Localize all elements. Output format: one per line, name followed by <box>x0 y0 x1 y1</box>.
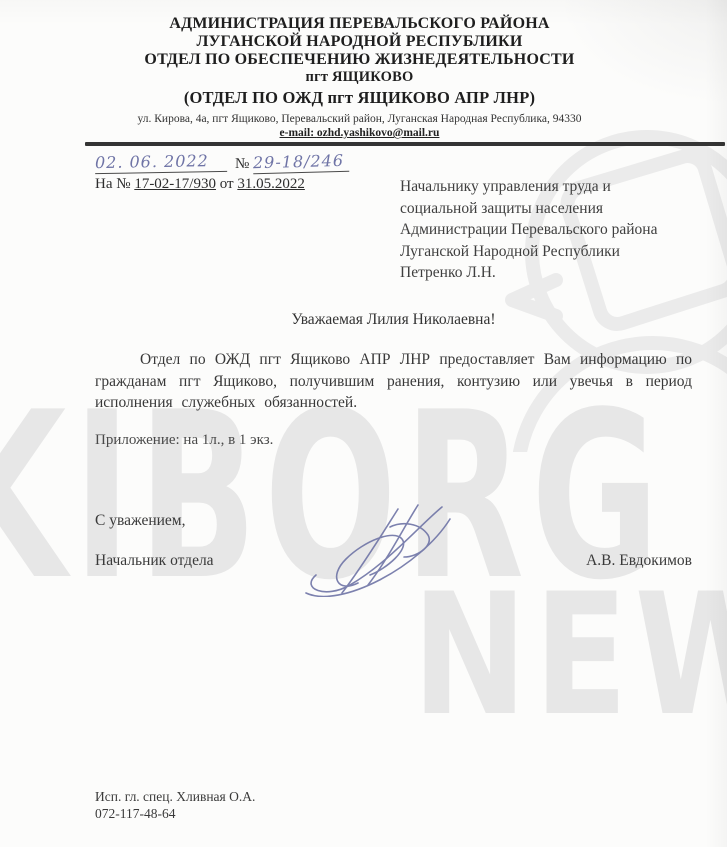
incoming-reference-row: На № 17-02-17/930 от 31.05.2022 <box>95 175 395 194</box>
org-email-line: e-mail: ozhd.yashikovo@mail.ru <box>0 126 719 140</box>
letter-content: АДМИНИСТРАЦИЯ ПЕРЕВАЛЬСКОГО РАЙОНА ЛУГАН… <box>0 0 727 847</box>
scanned-letter-page: KIBORG NEW АДМИНИСТРАЦИЯ ПЕРЕВАЛЬСКОГО Р… <box>0 0 727 847</box>
number-sign: № <box>235 156 249 173</box>
org-name-line-1: АДМИНИСТРАЦИЯ ПЕРЕВАЛЬСКОГО РАЙОНА <box>0 15 719 33</box>
signer-name: А.В. Евдокимов <box>586 552 692 570</box>
handwritten-signature-icon <box>298 497 473 597</box>
outgoing-date-handwritten: 02. 06. 2022 <box>95 151 227 174</box>
recipient-line-1: Начальнику управления труда и <box>400 176 710 198</box>
outgoing-reference-row: 02. 06. 2022 № 29-18/246 <box>95 149 395 173</box>
recipient-line-2: социальной защиты населения <box>400 198 710 220</box>
attachment-line: Приложение: на 1л., в 1 экз. <box>95 432 273 449</box>
recipient-line-4: Луганской Народной Республики <box>400 241 710 263</box>
executor-block: Исп. гл. спец. Хливная О.А. 072-117-48-6… <box>95 789 255 822</box>
executor-phone: 072-117-48-64 <box>95 806 255 823</box>
email-label: e-mail: <box>280 127 314 139</box>
email-value: ozhd.yashikovo@mail.ru <box>317 127 440 139</box>
executor-name-line: Исп. гл. спец. Хливная О.А. <box>95 789 255 806</box>
recipient-line-5: Петренко Л.Н. <box>400 262 710 284</box>
reference-block: 02. 06. 2022 № 29-18/246 На № 17-02-17/9… <box>95 149 395 194</box>
incoming-date: 31.05.2022 <box>237 176 305 192</box>
letterhead: АДМИНИСТРАЦИЯ ПЕРЕВАЛЬСКОГО РАЙОНА ЛУГАН… <box>0 15 719 140</box>
salutation-line: Уважаемая Лилия Николаевна! <box>95 311 692 329</box>
org-name-line-3: ОТДЕЛ ПО ОБЕСПЕЧЕНИЮ ЖИЗНЕДЕЯТЕЛЬНОСТИ <box>0 51 719 69</box>
incoming-prefix: На № <box>95 176 131 192</box>
org-postal-address: ул. Кирова, 4а, пгт Ящиково, Перевальски… <box>0 112 719 126</box>
org-short-name: (ОТДЕЛ ПО ОЖД пгт ЯЩИКОВО АПР ЛНР) <box>0 88 719 108</box>
signer-title: Начальник отдела <box>95 552 214 570</box>
closing-line: С уважением, <box>95 512 186 530</box>
recipient-block: Начальнику управления труда и социальной… <box>400 176 710 284</box>
recipient-line-3: Администрации Перевальского района <box>400 219 710 241</box>
incoming-ot: от <box>220 176 234 192</box>
body-paragraph: Отдел по ОЖД пгт Ящиково АПР ЛНР предост… <box>95 349 692 414</box>
incoming-number: 17-02-17/930 <box>134 176 216 192</box>
letterhead-divider-rule <box>85 142 725 146</box>
org-name-line-4: пгт ЯЩИКОВО <box>0 69 719 86</box>
outgoing-number-handwritten: 29-18/246 <box>253 151 350 175</box>
org-name-line-2: ЛУГАНСКОЙ НАРОДНОЙ РЕСПУБЛИКИ <box>0 33 719 51</box>
